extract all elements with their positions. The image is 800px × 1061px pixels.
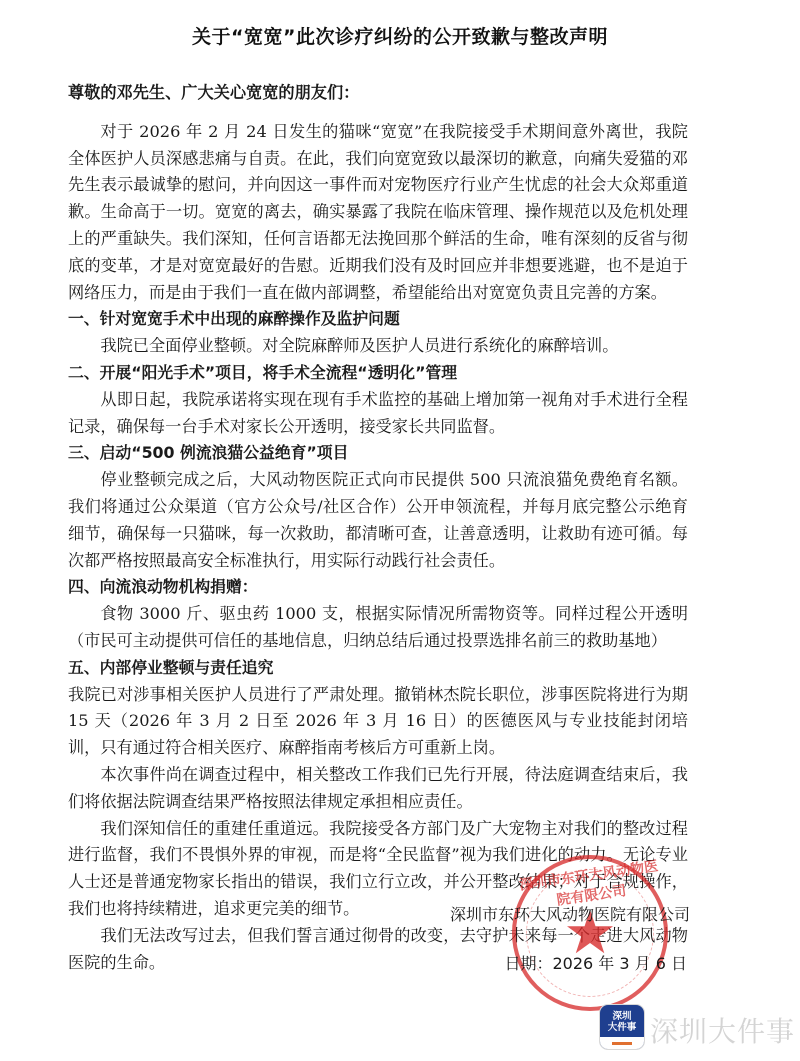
section-heading-4: 四、向流浪动物机构捐赠： — [68, 574, 688, 601]
document-date: 日期：2026 年 3 月 6 日 — [504, 951, 687, 974]
section-heading-5: 五、内部停业整顿与责任追究 — [68, 655, 688, 682]
signature: 深圳市东环大风动物医院有限公司 — [450, 902, 690, 925]
section-2-paragraph: 从即日起，我院承诺将实现在现有手术监控的基础上增加第一视角对手术进行全程记录，确… — [68, 387, 688, 441]
logo-text: 深圳 大件事 — [600, 1005, 644, 1033]
watermark-logo-icon: 深圳 大件事 — [600, 1005, 644, 1049]
logo-line-1: 深圳 — [600, 1011, 644, 1022]
watermark-text: 深圳大件事 — [650, 1010, 795, 1050]
logo-accent-bar — [612, 1042, 632, 1045]
intro-paragraph: 对于 2026 年 2 月 24 日发生的猫咪“宽宽”在我院接受手术期间意外离世… — [68, 119, 688, 307]
section-heading-2: 二、开展“阳光手术”项目，将手术全流程“透明化”管理 — [68, 360, 688, 387]
section-4-paragraph: 食物 3000 斤、驱虫药 1000 支，根据实际情况所需物资等。同样过程公开透… — [68, 601, 688, 655]
section-heading-1: 一、针对宽宽手术中出现的麻醉操作及监护问题 — [68, 306, 688, 333]
section-heading-3: 三、启动“500 例流浪猫公益绝育”项目 — [68, 440, 688, 467]
section-3-paragraph: 停业整顿完成之后，大风动物医院正式向市民提供 500 只流浪猫免费绝育名额。我们… — [68, 467, 688, 574]
document-body: 尊敬的邓先生、广大关心宽宽的朋友们： 对于 2026 年 2 月 24 日发生的… — [68, 80, 688, 976]
salutation: 尊敬的邓先生、广大关心宽宽的朋友们： — [68, 80, 688, 107]
section-1-paragraph: 我院已全面停业整顿。对全院麻醉师及医护人员进行系统化的麻醉培训。 — [68, 333, 688, 360]
section-5-paragraph-2: 本次事件尚在调查过程中，相关整改工作我们已先行开展，待法庭调查结束后，我们将依据… — [68, 762, 688, 816]
logo-line-2: 大件事 — [600, 1022, 644, 1033]
section-5-paragraph-1: 我院已对涉事相关医护人员进行了严肃处理。撤销林杰院长职位，涉事医院将进行为期 1… — [68, 682, 688, 762]
document-title: 关于“宽宽”此次诊疗纠纷的公开致歉与整改声明 — [0, 22, 800, 49]
document-page: 关于“宽宽”此次诊疗纠纷的公开致歉与整改声明 尊敬的邓先生、广大关心宽宽的朋友们… — [0, 0, 800, 1061]
